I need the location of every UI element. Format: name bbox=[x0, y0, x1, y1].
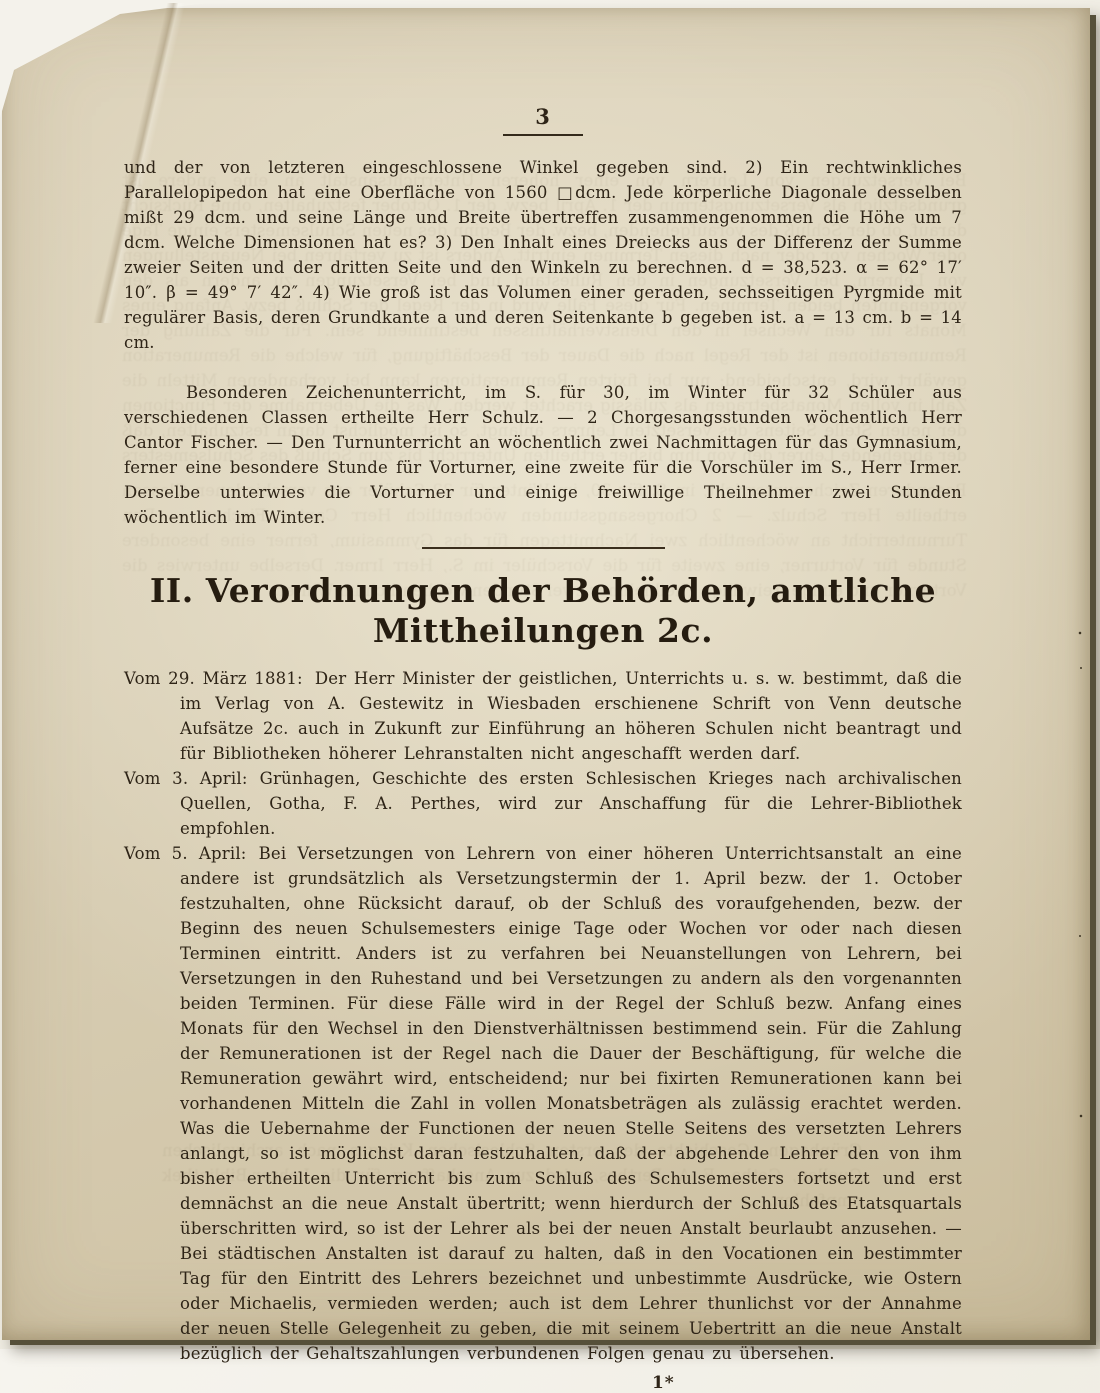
scanned-page: Bei Versetzungen von Lehrern von einer h… bbox=[2, 8, 1090, 1340]
decree-list: Vom 29. März 1881:Der Herr Minister der … bbox=[124, 666, 962, 1349]
section-heading: II. Verordnungen der Behörden, amtliche … bbox=[124, 571, 962, 651]
page-header: 3 bbox=[124, 8, 962, 136]
paragraph-math-problems: und der von letzteren eingeschlossene Wi… bbox=[124, 155, 962, 355]
decree-text: Grünhagen, Geschichte des ersten Schlesi… bbox=[180, 769, 962, 838]
decree-text: Bei Versetzungen von Lehrern von einer h… bbox=[180, 844, 962, 1349]
page-number-rule bbox=[503, 134, 583, 136]
paragraph-drawing-singing-gymnastics: Besonderen Zeichenunterricht, im S. für … bbox=[124, 380, 962, 530]
ink-specks bbox=[1076, 8, 1086, 1340]
decree-date: Vom 5. April: bbox=[124, 844, 247, 863]
decree-date: Vom 3. April: bbox=[124, 769, 248, 788]
decree-entry: Vom 5. April:Bei Versetzungen von Lehrer… bbox=[124, 841, 962, 1349]
section-divider-rule bbox=[422, 547, 665, 549]
printed-content: 3 und der von letzteren eingeschlossene … bbox=[124, 8, 962, 1349]
decree-entry: Vom 29. März 1881:Der Herr Minister der … bbox=[124, 666, 962, 766]
decree-entry: Vom 3. April:Grünhagen, Geschichte des e… bbox=[124, 766, 962, 841]
decree-date: Vom 29. März 1881: bbox=[124, 669, 303, 688]
page-number: 3 bbox=[531, 104, 555, 132]
